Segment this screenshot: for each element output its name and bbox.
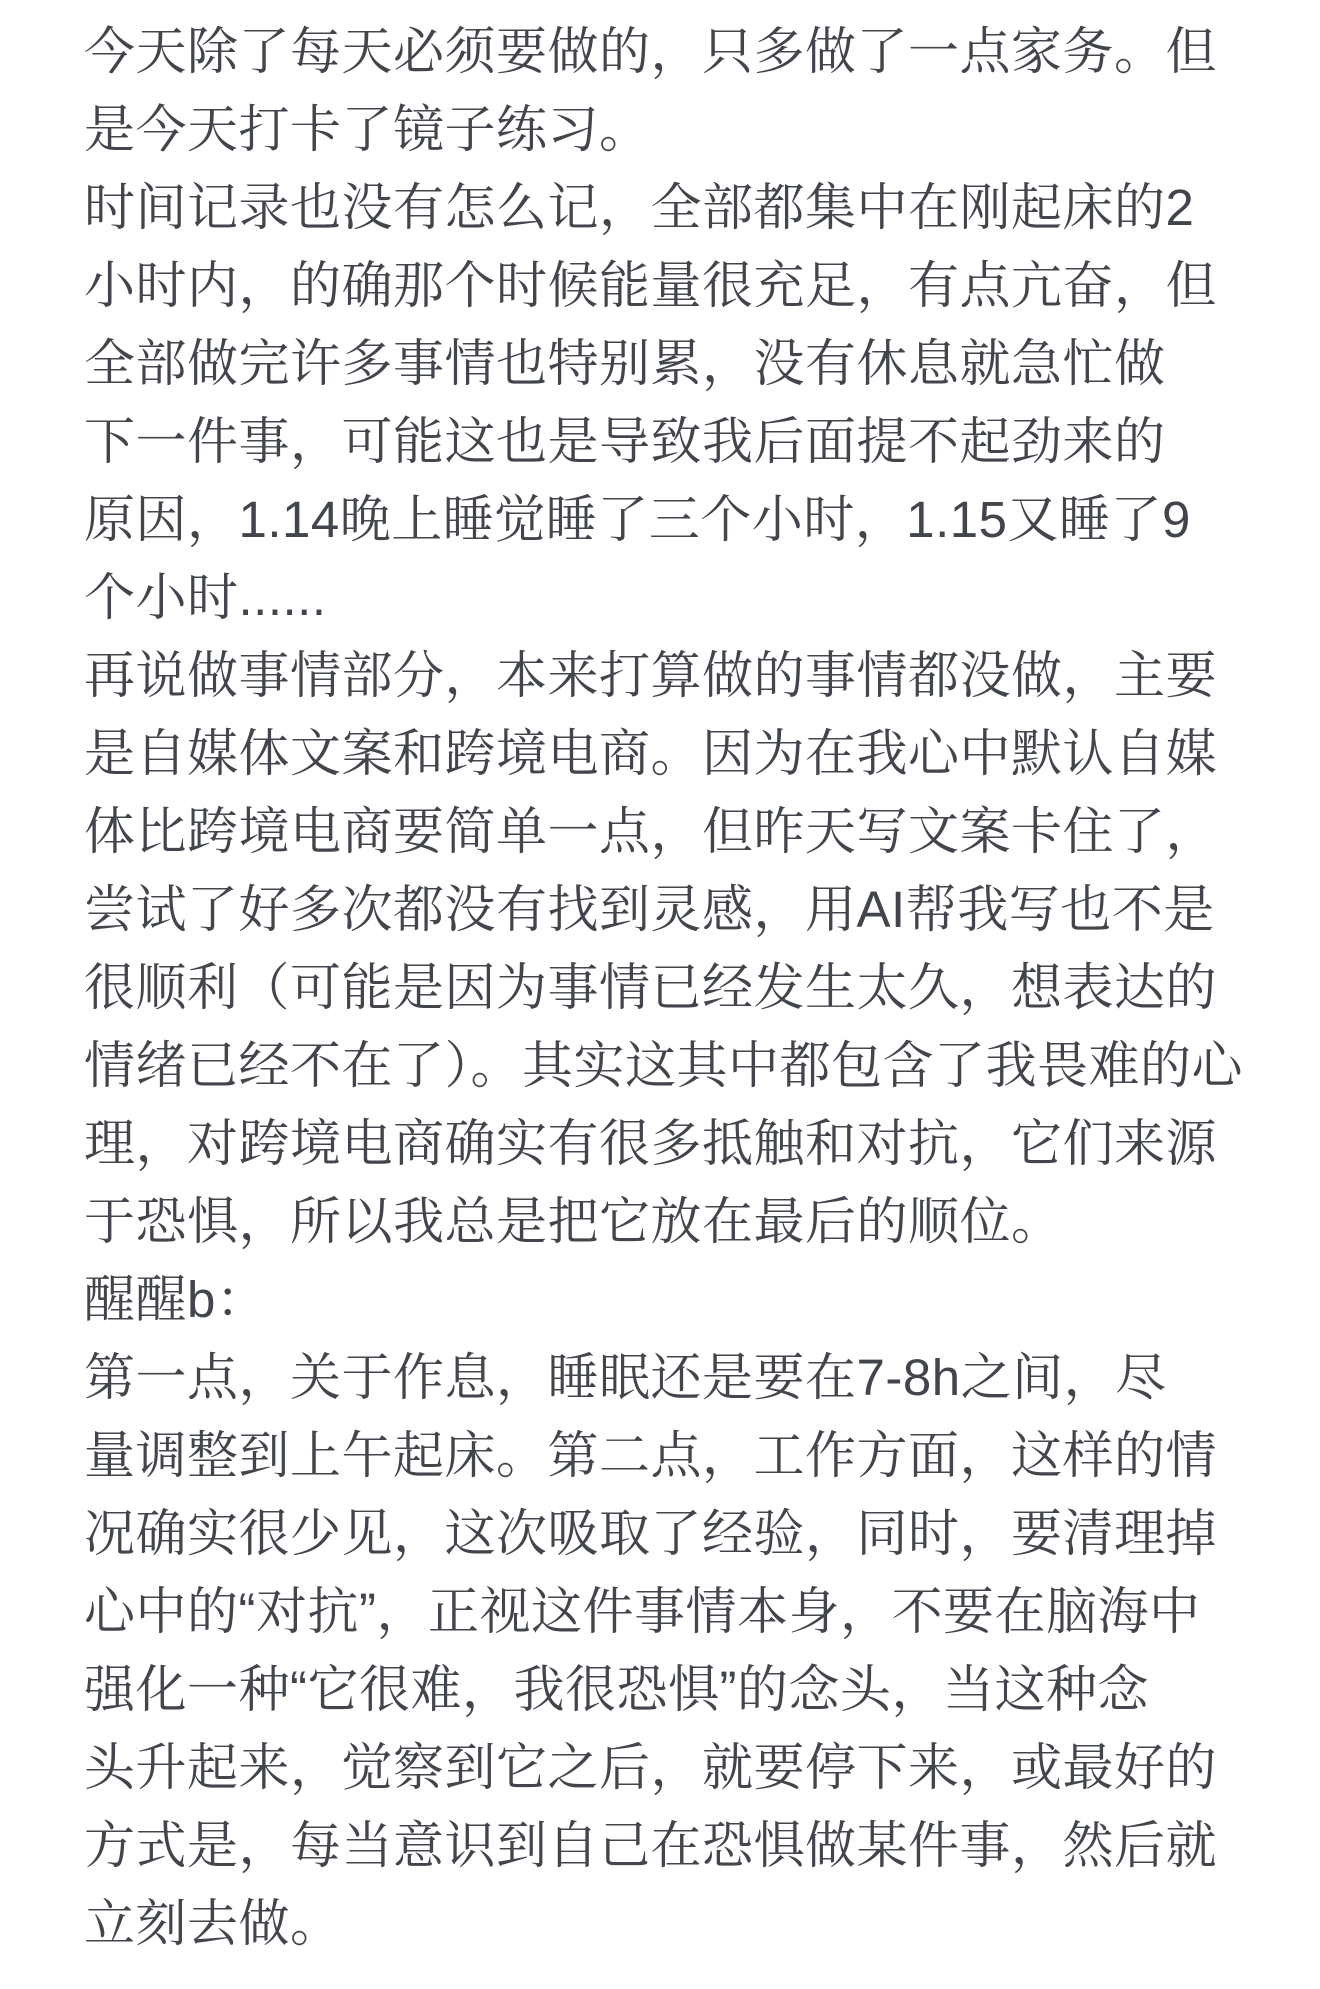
text-line: 是自媒体文案和跨境电商。因为在我心中默认自媒 [84, 715, 1250, 793]
text-line: 体比跨境电商要简单一点，但昨天写文案卡住了， [84, 793, 1250, 871]
text-line: 醒醒b： [84, 1261, 1250, 1339]
text-line: 强化一种“它很难，我很恐惧”的念头，当这种念 [84, 1651, 1250, 1729]
text-line: 第一点，关于作息，睡眠还是要在7-8h之间，尽 [84, 1339, 1250, 1417]
text-line: 量调整到上午起床。第二点，工作方面，这样的情 [84, 1417, 1250, 1495]
text-line: 原因，1.14晚上睡觉睡了三个小时，1.15又睡了9 [84, 481, 1250, 559]
text-line: 情绪已经不在了）。其实这其中都包含了我畏难的心 [84, 1027, 1250, 1105]
text-line: 心中的“对抗”，正视这件事情本身，不要在脑海中 [84, 1573, 1250, 1651]
text-line: 全部做完许多事情也特别累，没有休息就急忙做 [84, 325, 1250, 403]
text-line: 很顺利（可能是因为事情已经发生太久，想表达的 [84, 949, 1250, 1027]
text-line: 况确实很少见，这次吸取了经验，同时，要清理掉 [84, 1495, 1250, 1573]
text-line: 是今天打卡了镜子练习。 [84, 91, 1250, 169]
journal-page: 今天除了每天必须要做的，只多做了一点家务。但是今天打卡了镜子练习。时间记录也没有… [0, 0, 1320, 1989]
text-line: 立刻去做。 [84, 1885, 1250, 1963]
text-line: 尝试了好多次都没有找到灵感，用AI帮我写也不是 [84, 871, 1250, 949]
text-line: 下一件事，可能这也是导致我后面提不起劲来的 [84, 403, 1250, 481]
journal-text: 今天除了每天必须要做的，只多做了一点家务。但是今天打卡了镜子练习。时间记录也没有… [84, 13, 1250, 1963]
text-line: 头升起来，觉察到它之后，就要停下来，或最好的 [84, 1729, 1250, 1807]
text-line: 个小时...... [84, 559, 1250, 637]
text-line: 方式是，每当意识到自己在恐惧做某件事，然后就 [84, 1807, 1250, 1885]
text-line: 理，对跨境电商确实有很多抵触和对抗，它们来源 [84, 1105, 1250, 1183]
text-line: 小时内，的确那个时候能量很充足，有点亢奋，但 [84, 247, 1250, 325]
text-line: 于恐惧，所以我总是把它放在最后的顺位。 [84, 1183, 1250, 1261]
text-line: 今天除了每天必须要做的，只多做了一点家务。但 [84, 13, 1250, 91]
text-line: 再说做事情部分，本来打算做的事情都没做，主要 [84, 637, 1250, 715]
text-line: 时间记录也没有怎么记，全部都集中在刚起床的2 [84, 169, 1250, 247]
